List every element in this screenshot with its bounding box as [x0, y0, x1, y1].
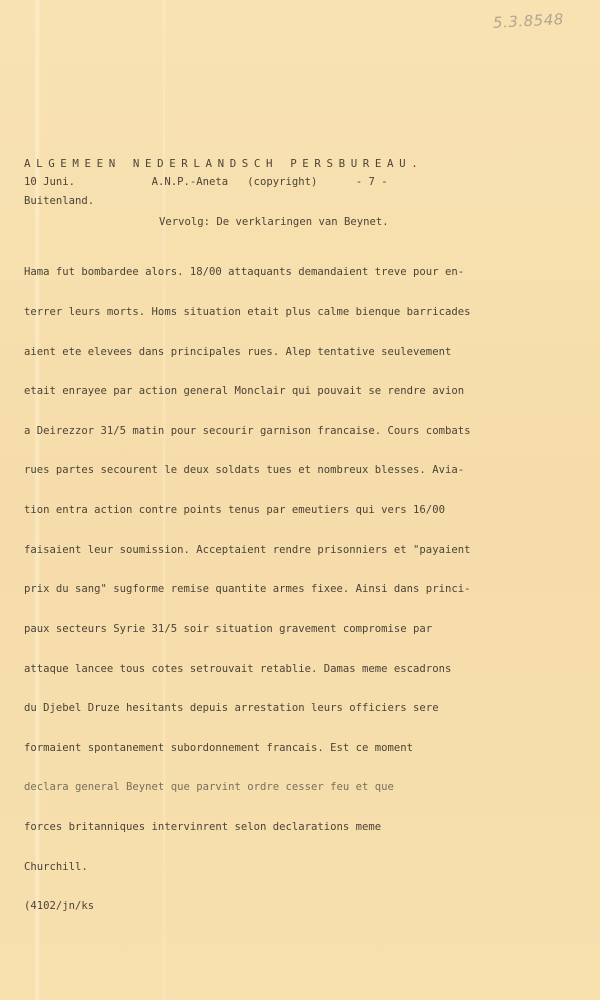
body-line: etait enrayee par action general Monclai…	[24, 385, 470, 398]
body-line: du Djebel Druze hesitants depuis arresta…	[24, 702, 470, 715]
body-line: formaient spontanement subordonnement fr…	[24, 742, 470, 755]
document-page: 5.3.8548 ALGEMEEN NEDERLANDSCH PERSBUREA…	[0, 0, 600, 1000]
page-number: - 7 -	[356, 176, 388, 188]
body-line: declara general Beynet que parvint ordre…	[24, 781, 470, 794]
news-source: A.N.P.-Aneta	[152, 176, 229, 188]
subject-line: Vervolg: De verklaringen van Beynet.	[159, 216, 389, 229]
reference-code: (4102/jn/ks	[24, 900, 470, 913]
dateline: 10 Juni. A.N.P.-Aneta (copyright) - 7 -	[24, 176, 388, 189]
date: 10 Juni.	[24, 176, 75, 188]
archive-number-annotation: 5.3.8548	[493, 10, 565, 32]
press-bureau-header: ALGEMEEN NEDERLANDSCH PERSBUREAU.	[24, 157, 423, 170]
body-line: tion entra action contre points tenus pa…	[24, 504, 470, 517]
body-text: Hama fut bombardee alors. 18/00 attaquan…	[24, 240, 470, 940]
body-line: forces britanniques intervinrent selon d…	[24, 821, 470, 834]
section-label: Buitenland.	[24, 195, 94, 208]
signature: Churchill.	[24, 861, 470, 874]
body-line: terrer leurs morts. Homs situation etait…	[24, 306, 470, 319]
body-line: faisaient leur soumission. Acceptaient r…	[24, 544, 470, 557]
body-line: Hama fut bombardee alors. 18/00 attaquan…	[24, 266, 470, 279]
body-line: prix du sang" sugforme remise quantite a…	[24, 583, 470, 596]
body-line: paux secteurs Syrie 31/5 soir situation …	[24, 623, 470, 636]
body-line: a Deirezzor 31/5 matin pour secourir gar…	[24, 425, 470, 438]
copyright-notice: (copyright)	[247, 176, 317, 188]
body-line: rues partes secourent le deux soldats tu…	[24, 464, 470, 477]
body-line: attaque lancee tous cotes setrouvait ret…	[24, 663, 470, 676]
body-line: aient ete elevees dans principales rues.…	[24, 346, 470, 359]
